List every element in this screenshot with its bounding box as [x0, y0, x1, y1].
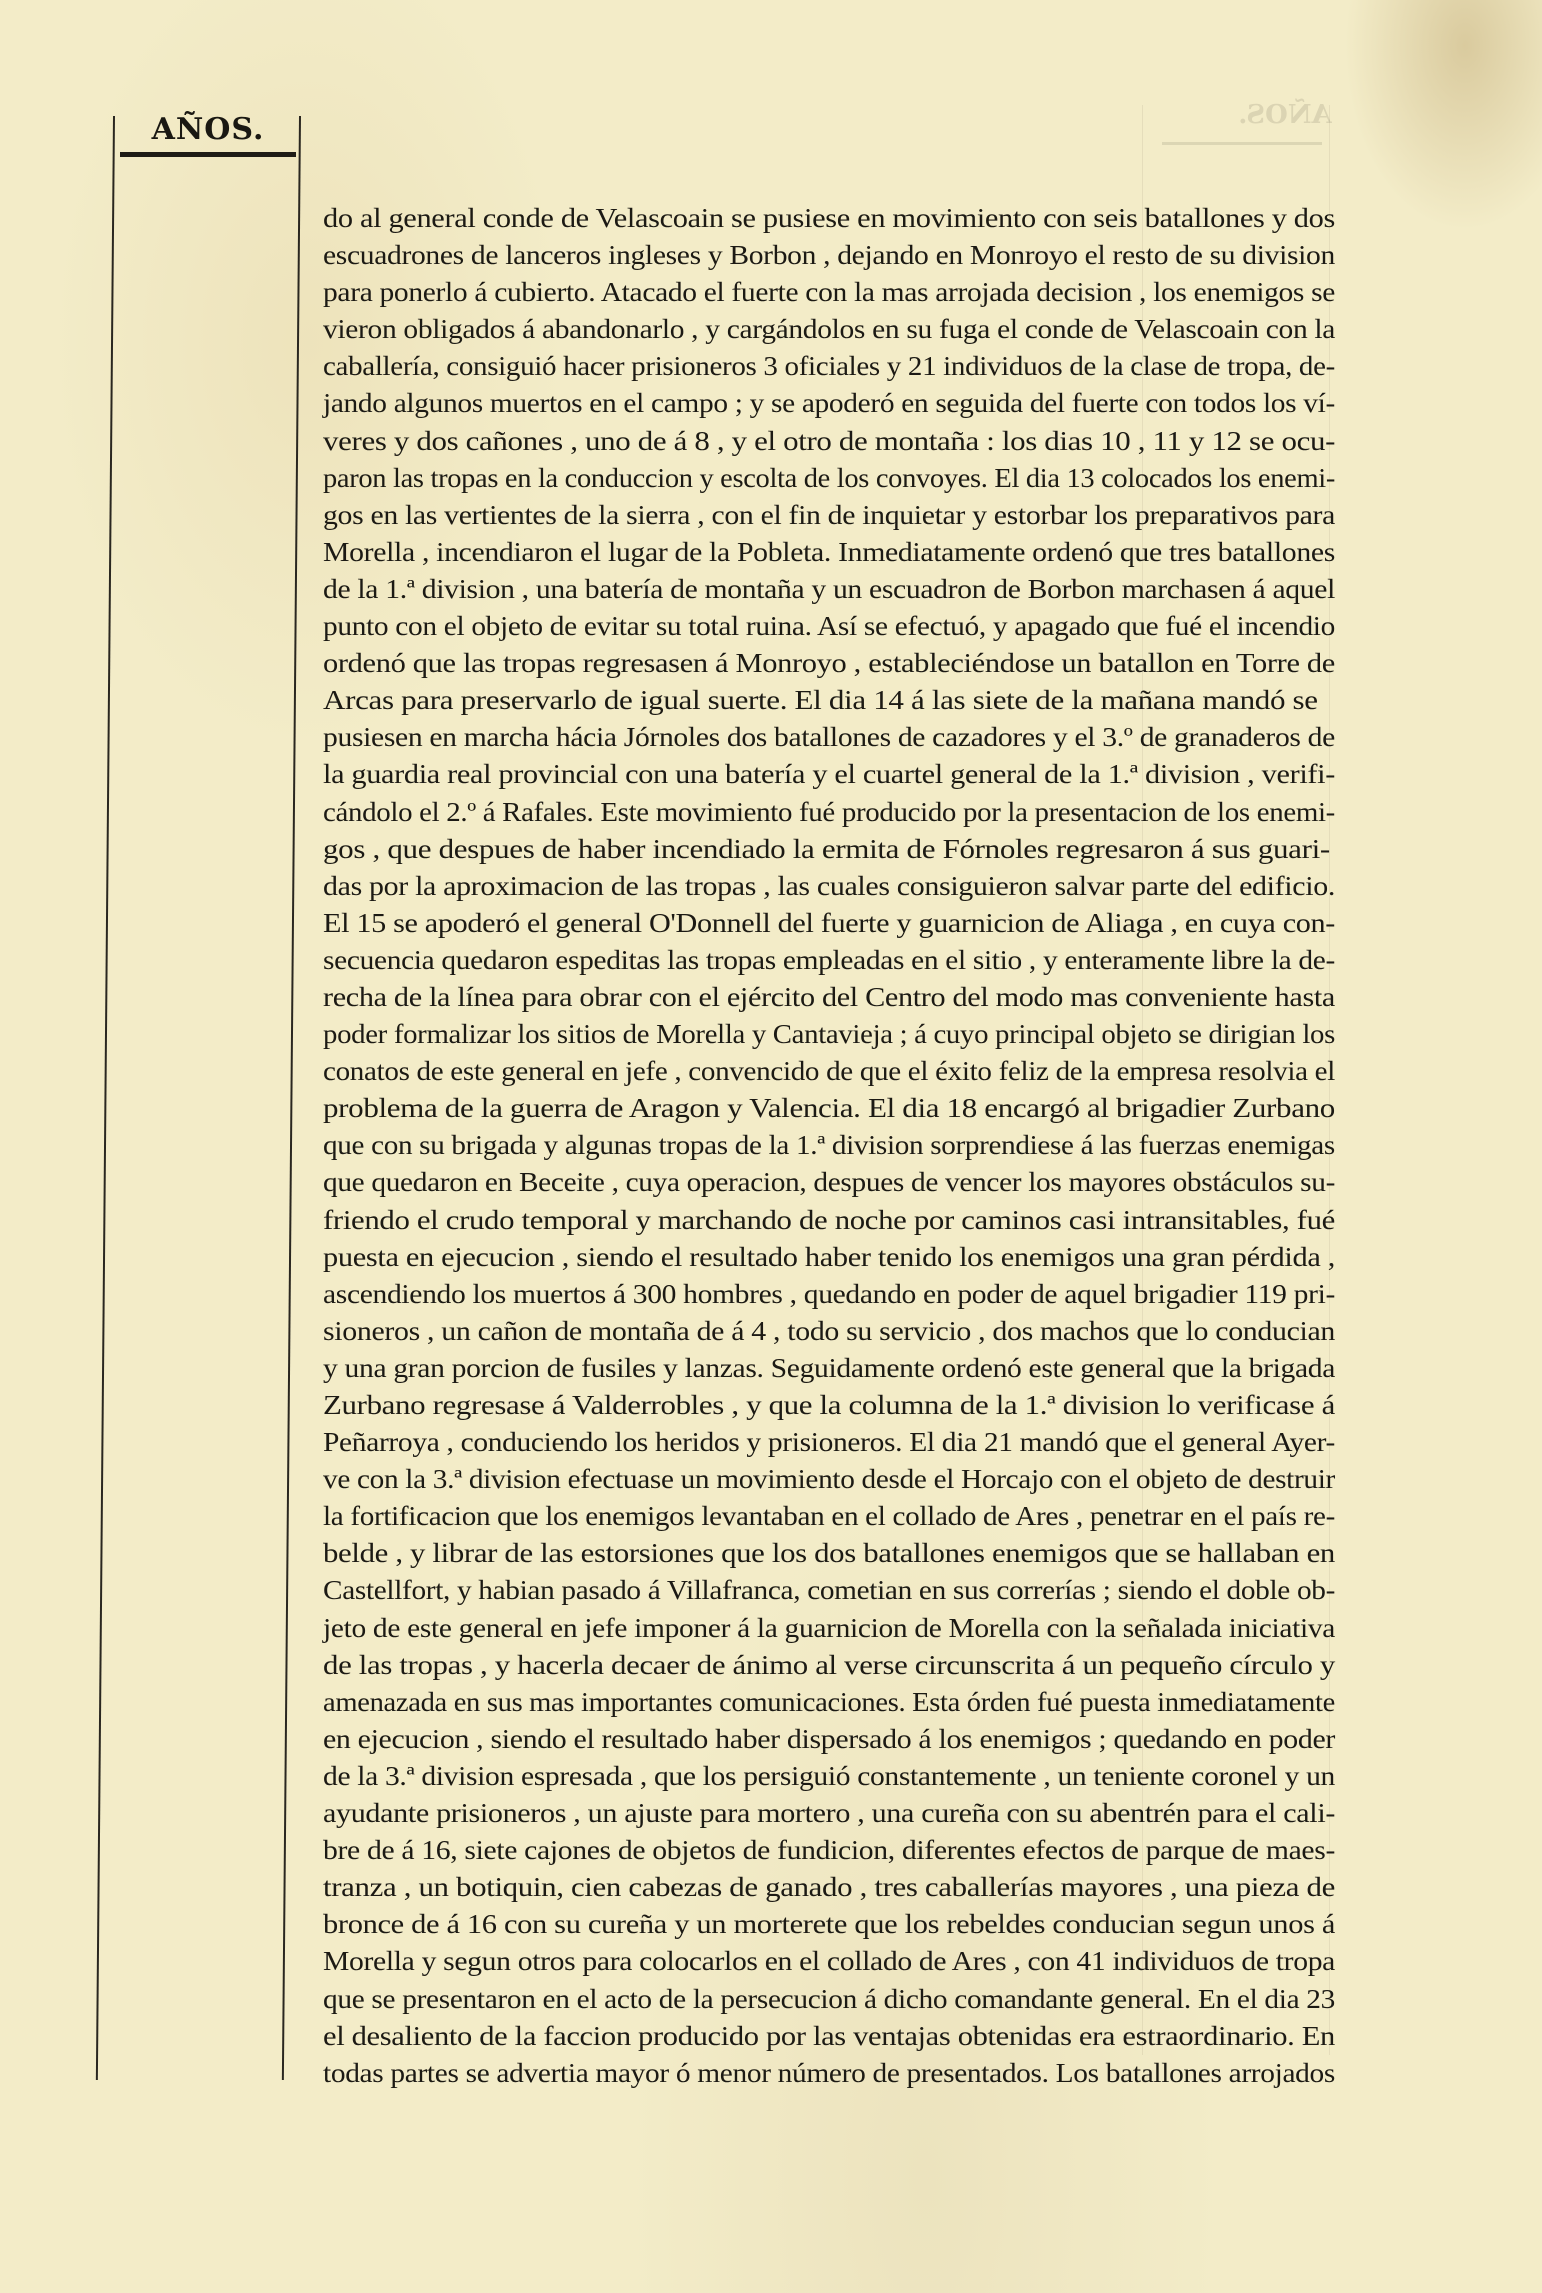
text-line: friendo el crudo temporal y marchando de…: [323, 1202, 1335, 1239]
text-line: que se presentaron en el acto de la pers…: [323, 1981, 1335, 2018]
margin-heading-anos: AÑOS.: [118, 112, 298, 147]
text-line-content: caballería, consiguió hacer prisioneros …: [323, 348, 1335, 385]
text-line: Morella y segun otros para colocarlos en…: [323, 1943, 1335, 1980]
body-text-column: do al general conde de Velascoain se pus…: [323, 200, 1335, 2092]
text-line-content: que con su brigada y algunas tropas de l…: [323, 1127, 1335, 1164]
text-line-content: ascendiendo los muertos á 300 hombres , …: [323, 1276, 1335, 1313]
text-line: punto con el objeto de evitar su total r…: [323, 608, 1335, 645]
text-line-content: tranza , un botiquin, cien cabezas de ga…: [323, 1869, 1335, 1906]
margin-heading-rule: [120, 152, 296, 157]
text-line: la guardia real provincial con una bater…: [323, 756, 1335, 793]
text-line-content: bronce de á 16 con su cureña y un morter…: [323, 1906, 1335, 1943]
text-line-content: conatos de este general en jefe , conven…: [323, 1053, 1335, 1090]
text-line: pusiesen en marcha hácia Jórnoles dos ba…: [323, 719, 1335, 756]
text-line-content: ordenó que las tropas regresasen á Monro…: [323, 645, 1335, 682]
text-line: tranza , un botiquin, cien cabezas de ga…: [323, 1869, 1335, 1906]
text-line-content: punto con el objeto de evitar su total r…: [323, 608, 1335, 645]
text-line-content: amenazada en sus mas importantes comunic…: [323, 1684, 1335, 1721]
text-line: que con su brigada y algunas tropas de l…: [323, 1127, 1335, 1164]
text-line: El 15 se apoderó el general O'Donnell de…: [323, 905, 1335, 942]
text-line-content: Castellfort, y habian pasado á Villafran…: [323, 1572, 1335, 1609]
text-line: caballería, consiguió hacer prisioneros …: [323, 348, 1335, 385]
text-line-content: que quedaron en Beceite , cuya operacion…: [323, 1164, 1335, 1201]
text-line-content: para ponerlo á cubierto. Atacado el fuer…: [323, 274, 1335, 311]
text-line: amenazada en sus mas importantes comunic…: [323, 1684, 1335, 1721]
text-line-content: belde , y librar de las estorsiones que …: [323, 1535, 1335, 1572]
text-line-content: Peñarroya , conduciendo los heridos y pr…: [323, 1424, 1335, 1461]
text-line-content: Morella y segun otros para colocarlos en…: [323, 1943, 1335, 1980]
text-line: ascendiendo los muertos á 300 hombres , …: [323, 1276, 1335, 1313]
text-line: de las tropas , y hacerla decaer de ánim…: [323, 1647, 1335, 1684]
text-line-content: bre de á 16, siete cajones de objetos de…: [323, 1832, 1335, 1869]
text-line: puesta en ejecucion , siendo el resultad…: [323, 1239, 1335, 1276]
text-line-content: y una gran porcion de fusiles y lanzas. …: [323, 1350, 1335, 1387]
text-line-content: el desaliento de la faccion producido po…: [323, 2018, 1335, 2055]
text-line: Arcas para preservarlo de igual suerte. …: [323, 682, 1335, 719]
text-line: Peñarroya , conduciendo los heridos y pr…: [323, 1424, 1335, 1461]
text-line-content: de la 3.ª division espresada , que los p…: [323, 1758, 1335, 1795]
text-line-content: Arcas para preservarlo de igual suerte. …: [323, 682, 1318, 719]
text-line: poder formalizar los sitios de Morella y…: [323, 1016, 1335, 1053]
text-line: ayudante prisioneros , un ajuste para mo…: [323, 1795, 1335, 1832]
text-line: conatos de este general en jefe , conven…: [323, 1053, 1335, 1090]
text-line: paron las tropas en la conduccion y esco…: [323, 460, 1335, 497]
text-line-content: sioneros , un cañon de montaña de á 4 , …: [323, 1313, 1335, 1350]
text-line-content: que se presentaron en el acto de la pers…: [323, 1981, 1335, 2018]
bleed-through-heading: AÑOS.: [1195, 100, 1375, 130]
text-line: todas partes se advertia mayor ó menor n…: [323, 2055, 1335, 2092]
text-line: y una gran porcion de fusiles y lanzas. …: [323, 1350, 1335, 1387]
text-line: Zurbano regresase á Valderrobles , y que…: [323, 1387, 1335, 1424]
text-line-content: en ejecucion , siendo el resultado haber…: [323, 1721, 1335, 1758]
margin-frame-divider-rule: [282, 116, 301, 2080]
text-line: das por la aproximacion de las tropas , …: [323, 868, 1335, 905]
text-line-content: Morella , incendiaron el lugar de la Pob…: [323, 534, 1335, 571]
text-line-content: paron las tropas en la conduccion y esco…: [323, 460, 1335, 497]
text-line: gos , que despues de haber incendiado la…: [323, 831, 1335, 868]
text-line: de la 1.ª division , una batería de mont…: [323, 571, 1335, 608]
text-line: de la 3.ª division espresada , que los p…: [323, 1758, 1335, 1795]
text-line-content: cándolo el 2.º á Rafales. Este movimient…: [323, 794, 1335, 831]
text-line: cándolo el 2.º á Rafales. Este movimient…: [323, 794, 1335, 831]
text-line: la fortificacion que los enemigos levant…: [323, 1498, 1335, 1535]
text-line: problema de la guerra de Aragon y Valenc…: [323, 1090, 1335, 1127]
text-line: Castellfort, y habian pasado á Villafran…: [323, 1572, 1335, 1609]
text-line: gos en las vertientes de la sierra , con…: [323, 497, 1335, 534]
text-line: en ejecucion , siendo el resultado haber…: [323, 1721, 1335, 1758]
margin-frame-left-rule: [96, 116, 115, 2080]
text-line: recha de la línea para obrar con el ejér…: [323, 979, 1335, 1016]
text-line: bronce de á 16 con su cureña y un morter…: [323, 1906, 1335, 1943]
text-line-content: de las tropas , y hacerla decaer de ánim…: [323, 1647, 1335, 1684]
text-line-content: recha de la línea para obrar con el ejér…: [323, 979, 1335, 1016]
text-line: veres y dos cañones , uno de á 8 , y el …: [323, 423, 1335, 460]
text-line-content: Zurbano regresase á Valderrobles , y que…: [323, 1387, 1335, 1424]
text-line-content: de la 1.ª division , una batería de mont…: [323, 571, 1335, 608]
text-line-content: la guardia real provincial con una bater…: [323, 756, 1335, 793]
text-line-content: El 15 se apoderó el general O'Donnell de…: [323, 905, 1335, 942]
text-line: para ponerlo á cubierto. Atacado el fuer…: [323, 274, 1335, 311]
text-line-content: problema de la guerra de Aragon y Valenc…: [323, 1090, 1335, 1127]
text-line-content: puesta en ejecucion , siendo el resultad…: [323, 1239, 1335, 1276]
text-line: bre de á 16, siete cajones de objetos de…: [323, 1832, 1335, 1869]
text-line: Morella , incendiaron el lugar de la Pob…: [323, 534, 1335, 571]
text-line: belde , y librar de las estorsiones que …: [323, 1535, 1335, 1572]
text-line: secuencia quedaron espeditas las tropas …: [323, 942, 1335, 979]
text-line-content: ve con la 3.ª division efectuase un movi…: [323, 1461, 1335, 1498]
text-line-content: escuadrones de lanceros ingleses y Borbo…: [323, 237, 1335, 274]
text-line-content: poder formalizar los sitios de Morella y…: [323, 1016, 1335, 1053]
text-line: escuadrones de lanceros ingleses y Borbo…: [323, 237, 1335, 274]
text-line: jando algunos muertos en el campo ; y se…: [323, 385, 1335, 422]
text-line-content: jeto de este general en jefe imponer á l…: [323, 1610, 1335, 1647]
text-line-content: gos , que despues de haber incendiado la…: [323, 831, 1330, 868]
text-line-content: la fortificacion que los enemigos levant…: [323, 1498, 1335, 1535]
text-line: sioneros , un cañon de montaña de á 4 , …: [323, 1313, 1335, 1350]
text-line: do al general conde de Velascoain se pus…: [323, 200, 1335, 237]
text-line-content: veres y dos cañones , uno de á 8 , y el …: [323, 423, 1335, 460]
text-line: jeto de este general en jefe imponer á l…: [323, 1610, 1335, 1647]
text-line-content: das por la aproximacion de las tropas , …: [323, 868, 1335, 905]
text-line: ordenó que las tropas regresasen á Monro…: [323, 645, 1335, 682]
text-line-content: jando algunos muertos en el campo ; y se…: [323, 385, 1335, 422]
text-line-content: friendo el crudo temporal y marchando de…: [323, 1202, 1335, 1239]
text-line-content: ayudante prisioneros , un ajuste para mo…: [323, 1795, 1335, 1832]
text-line-content: pusiesen en marcha hácia Jórnoles dos ba…: [323, 719, 1335, 756]
bleed-through-rule: [1162, 142, 1322, 145]
text-line: ve con la 3.ª division efectuase un movi…: [323, 1461, 1335, 1498]
text-line-content: vieron obligados á abandonarlo , y cargá…: [323, 311, 1335, 348]
text-line-content: todas partes se advertia mayor ó menor n…: [323, 2055, 1335, 2092]
text-line-content: gos en las vertientes de la sierra , con…: [323, 497, 1335, 534]
text-line: el desaliento de la faccion producido po…: [323, 2018, 1335, 2055]
text-line: vieron obligados á abandonarlo , y cargá…: [323, 311, 1335, 348]
text-line-content: do al general conde de Velascoain se pus…: [323, 200, 1335, 237]
text-line-content: secuencia quedaron espeditas las tropas …: [323, 942, 1335, 979]
text-line: que quedaron en Beceite , cuya operacion…: [323, 1164, 1335, 1201]
